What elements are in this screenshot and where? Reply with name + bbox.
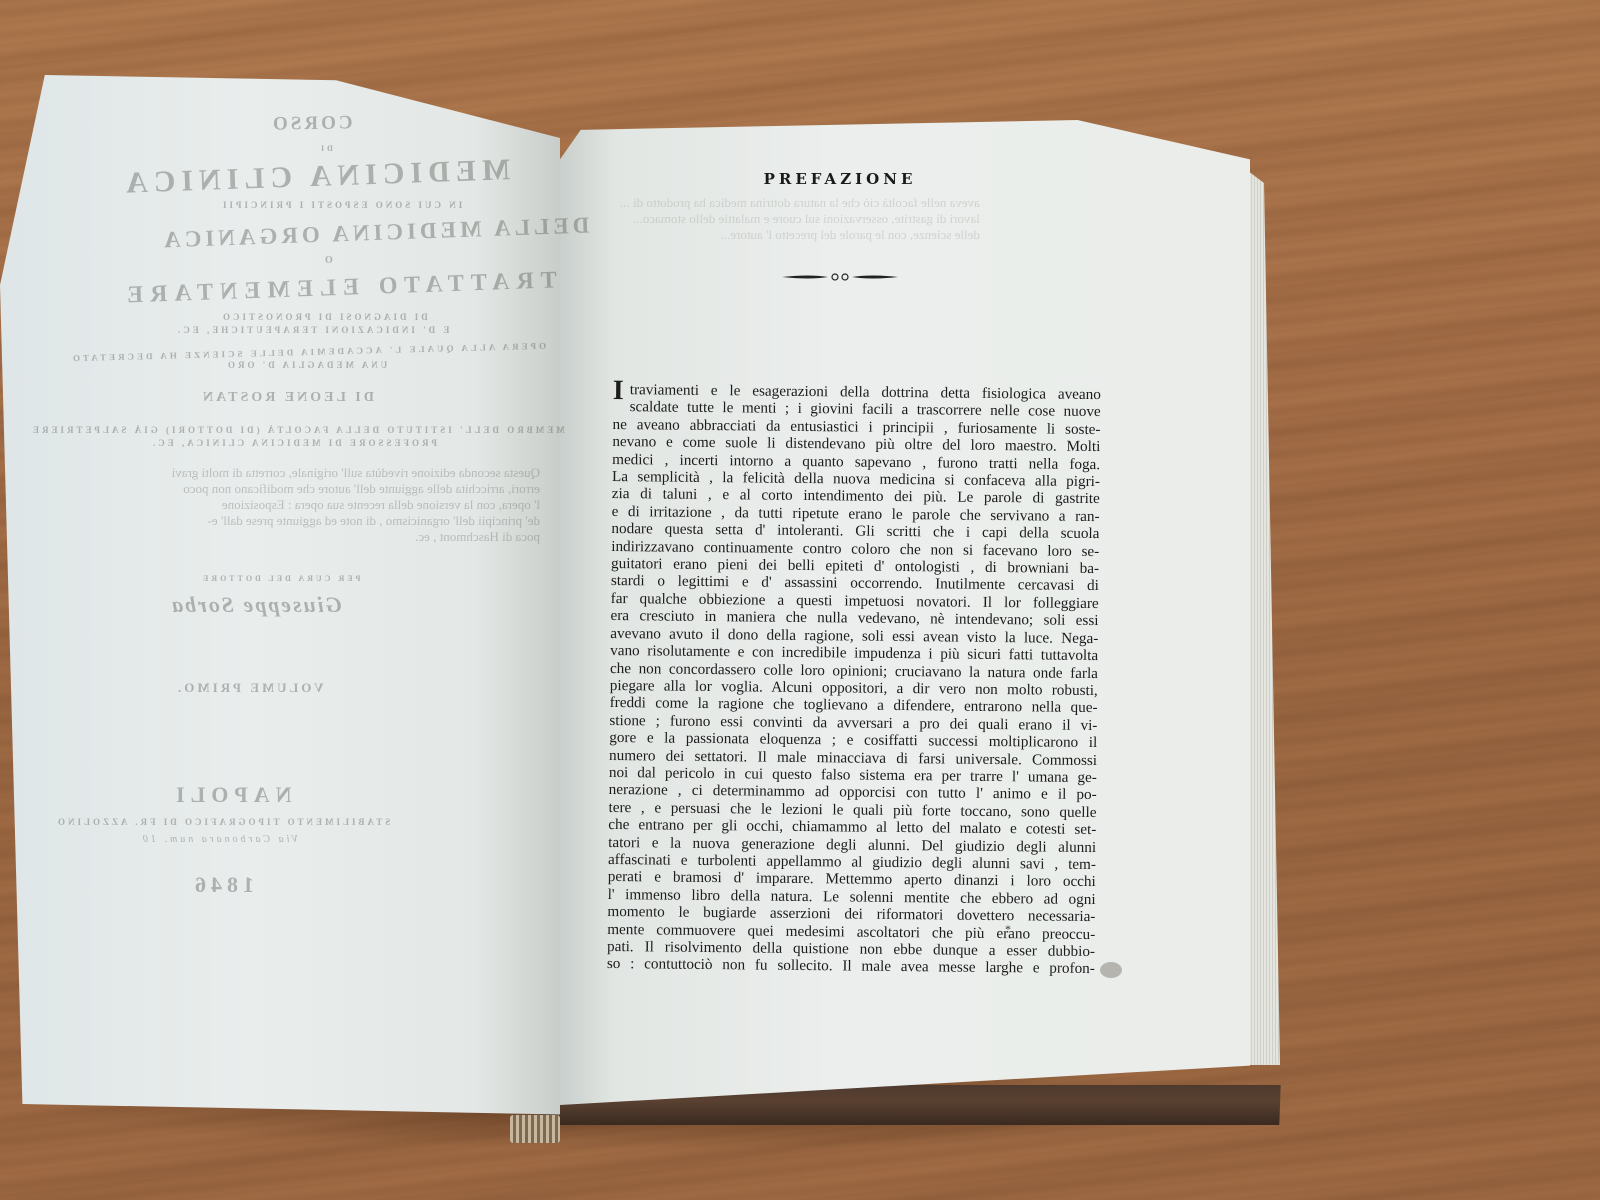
left-translator-note: Questa seconda edizione rivedùta sull' o… — [20, 465, 540, 545]
left-subtitle-diagnosi: DI DIAGNOSI DI PRONOSTICO — [220, 312, 428, 322]
left-title-o: O — [322, 255, 333, 266]
left-address: Via Carbonara num. 10 — [140, 834, 298, 845]
page-title-prefazione: PREFAZIONE — [740, 170, 940, 188]
left-author-credentials: MEMBRO DELL' ISTITUTO DELLA FACOLTÀ (DI … — [30, 425, 565, 435]
left-title-corso: CORSO — [270, 112, 353, 135]
left-subtitle-principii: IN CUI SONO ESPOSTI I PRINCIPII — [220, 200, 462, 210]
left-per-cura: PER CURA DEL DOTTORE — [200, 574, 361, 583]
left-title-di: DI — [318, 144, 333, 153]
paper-stain — [1100, 962, 1122, 978]
right-show-through: aveva nelle facoltà ciò che la natura do… — [620, 195, 980, 243]
left-editor-name: Giuseppe Sorba — [170, 592, 342, 618]
preface-body: I traviamenti e le esagerazioni della do… — [607, 381, 1101, 978]
book-spine-headband — [510, 1115, 560, 1143]
left-author-professor: PROFESSORE DI MEDICINA CLINICA, EC. — [150, 438, 437, 448]
signature-mark: * — [1005, 922, 1011, 937]
left-publisher: STABILIMENTO TIPOGRAFICO DI FR. AZZOLINO — [55, 817, 390, 827]
drop-cap: I — [613, 381, 624, 401]
left-author-rostan: DI LEONE ROSTAN — [200, 390, 374, 406]
ornament-divider-icon — [780, 272, 900, 282]
left-city-napoli: NAPOLI — [170, 782, 292, 808]
left-subtitle-indicazioni: E D' INDICAZIONI TERAPEUTICHE, EC. — [175, 325, 449, 335]
left-year: 1846 — [190, 872, 254, 898]
left-subtitle-medaglia: UNA MEDAGLIA D' ORO — [225, 360, 387, 370]
left-volume: VOLUME PRIMO. — [175, 680, 324, 696]
